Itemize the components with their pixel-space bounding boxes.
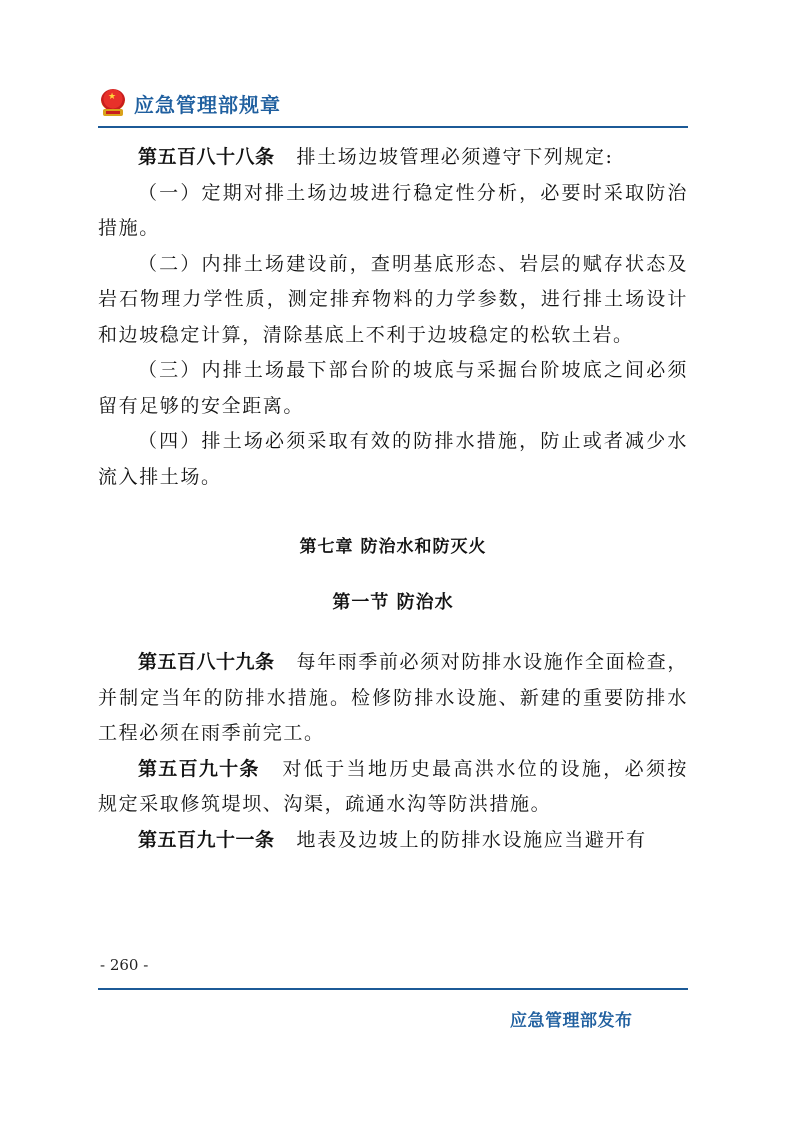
article-588-item-4: （四）排土场必须采取有效的防排水措施，防止或者减少水流入排土场。 bbox=[98, 424, 688, 495]
article-588-item-2: （二）内排土场建设前，查明基底形态、岩层的赋存状态及岩石物理力学性质，测定排弃物… bbox=[98, 247, 688, 354]
article-label: 第五百九十一条 bbox=[138, 829, 275, 851]
article-text: 排土场边坡管理必须遵守下列规定: bbox=[297, 146, 614, 168]
page-number: - 260 - bbox=[100, 956, 148, 974]
national-emblem-icon: ★ bbox=[98, 88, 128, 118]
footer-rule bbox=[98, 988, 688, 990]
article-588-intro: 第五百八十八条排土场边坡管理必须遵守下列规定: bbox=[98, 140, 688, 176]
article-label: 第五百八十九条 bbox=[138, 651, 275, 673]
chapter-heading: 第七章 防治水和防灭火 bbox=[98, 527, 688, 567]
header-title: 应急管理部规章 bbox=[134, 89, 281, 118]
page-header: ★ 应急管理部规章 bbox=[98, 86, 281, 120]
article-label: 第五百八十八条 bbox=[138, 146, 275, 168]
article-589: 第五百八十九条每年雨季前必须对防排水设施作全面检查，并制定当年的防排水措施。检修… bbox=[98, 645, 688, 752]
section-heading: 第一节 防治水 bbox=[98, 583, 688, 623]
article-588-item-3: （三）内排土场最下部台阶的坡底与采掘台阶坡底之间必须留有足够的安全距离。 bbox=[98, 353, 688, 424]
header-rule bbox=[98, 126, 688, 128]
article-588-item-1: （一）定期对排土场边坡进行稳定性分析，必要时采取防治措施。 bbox=[98, 176, 688, 247]
publisher-footer: 应急管理部发布 bbox=[510, 1006, 633, 1031]
article-591: 第五百九十一条地表及边坡上的防排水设施应当避开有 bbox=[98, 823, 688, 859]
article-590: 第五百九十条对低于当地历史最高洪水位的设施，必须按规定采取修筑堤坝、沟渠，疏通水… bbox=[98, 752, 688, 823]
article-text: 地表及边坡上的防排水设施应当避开有 bbox=[297, 829, 647, 851]
document-body: 第五百八十八条排土场边坡管理必须遵守下列规定: （一）定期对排土场边坡进行稳定性… bbox=[98, 140, 688, 858]
article-label: 第五百九十条 bbox=[138, 758, 260, 780]
